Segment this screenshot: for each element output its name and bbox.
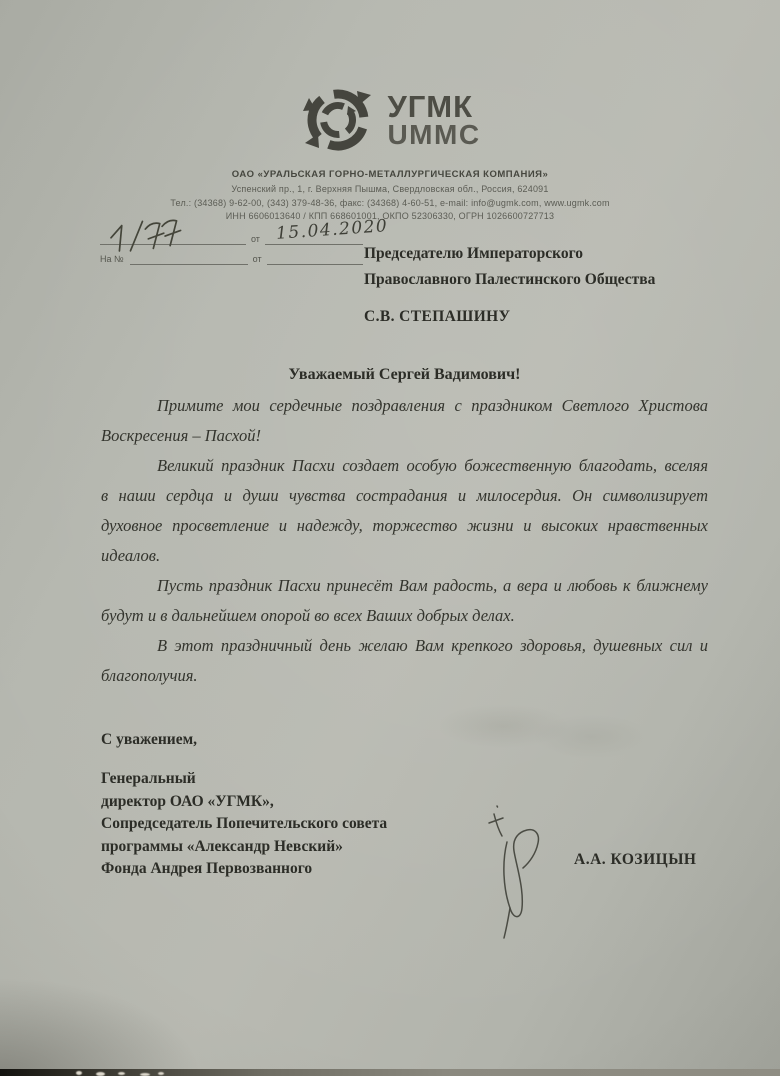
ot-label: от — [248, 254, 267, 265]
scanned-letter-page: УГМК UMMC ОАО «УРАЛЬСКАЯ ГОРНО-МЕТАЛЛУРГ… — [0, 0, 780, 1076]
body-line: Пусть праздник Пасхи принесёт Вам радост… — [101, 571, 708, 601]
body-line: будут и в дальнейшем опорой во всех Ваши… — [101, 601, 708, 631]
letterhead: УГМК UMMC ОАО «УРАЛЬСКАЯ ГОРНО-МЕТАЛЛУРГ… — [0, 80, 780, 224]
body-line: в наши сердца и души чувства сострадания… — [101, 481, 708, 511]
company-address: Успенский пр., 1, г. Верхняя Пышма, Свер… — [0, 183, 780, 197]
company-name: ОАО «УРАЛЬСКАЯ ГОРНО-МЕТАЛЛУРГИЧЕСКАЯ КО… — [0, 169, 780, 180]
photo-artifact-dot — [118, 1072, 125, 1075]
incoming-date-line — [267, 246, 363, 265]
signer-title-block: Генеральный директор ОАО «УГМК», Сопредс… — [101, 768, 387, 881]
letter-body: Уважаемый Сергей Вадимович! Примите мои … — [101, 366, 708, 691]
signer-title-line: Фонда Андрея Первозванного — [101, 858, 387, 881]
addressee-title-line1: Председателю Императорского — [364, 241, 724, 267]
body-paragraph: В этот праздничный день желаю Вам крепко… — [101, 631, 708, 691]
salutation: Уважаемый Сергей Вадимович! — [101, 366, 708, 384]
addressee-title-line2: Православного Палестинского Общества — [364, 267, 724, 293]
company-contacts: Тел.: (34368) 9-62-00, (343) 379-48-36, … — [0, 197, 780, 211]
body-paragraph: Великий праздник Пасхи создает особую бо… — [101, 451, 708, 571]
body-line: Воскресения – Пасхой! — [101, 421, 708, 451]
addressee-name: С.В. СТЕПАШИНУ — [364, 304, 724, 330]
signer-name: А.А. КОЗИЦЫН — [574, 851, 697, 869]
paper-showthrough-smudge — [440, 698, 650, 768]
body-paragraph: Примите мои сердечные поздравления с пра… — [101, 391, 708, 451]
logo-text-latin: UMMC — [387, 122, 480, 148]
closing-phrase: С уважением, — [101, 731, 197, 749]
company-logo: УГМК UMMC — [0, 80, 780, 160]
logo-wordmark: УГМК UMMC — [387, 92, 480, 148]
signer-title-line: Генеральный — [101, 768, 387, 791]
body-line: Великий праздник Пасхи создает особую бо… — [101, 451, 708, 481]
body-line: В этот праздничный день желаю Вам крепко… — [101, 631, 708, 661]
photo-artifact-dot — [76, 1071, 82, 1075]
photo-bottom-edge — [0, 1069, 780, 1076]
ot-label: от — [246, 234, 265, 245]
body-line: идеалов. — [101, 541, 708, 571]
addressee-block: Председателю Императорского Православног… — [364, 241, 724, 330]
body-line: благополучия. — [101, 661, 708, 691]
photo-artifact-dot — [96, 1072, 105, 1076]
signer-title-line: программы «Александр Невский» — [101, 836, 387, 859]
logo-text-cyrillic: УГМК — [387, 92, 480, 122]
ugmk-swirl-logo-icon — [299, 81, 377, 159]
signer-title-line: Сопредседатель Попечительского совета — [101, 813, 387, 836]
signer-title-line: директор ОАО «УГМК», — [101, 791, 387, 814]
photo-corner-shadow — [0, 936, 260, 1076]
body-line: духовное просветление и надежду, торжест… — [101, 511, 708, 541]
body-paragraph: Пусть праздник Пасхи принесёт Вам радост… — [101, 571, 708, 631]
body-line: Примите мои сердечные поздравления с пра… — [101, 391, 708, 421]
reference-block: от На № от 15.04.2020 — [100, 226, 363, 265]
handwritten-signature — [466, 788, 561, 940]
photo-artifact-dot — [158, 1072, 164, 1075]
